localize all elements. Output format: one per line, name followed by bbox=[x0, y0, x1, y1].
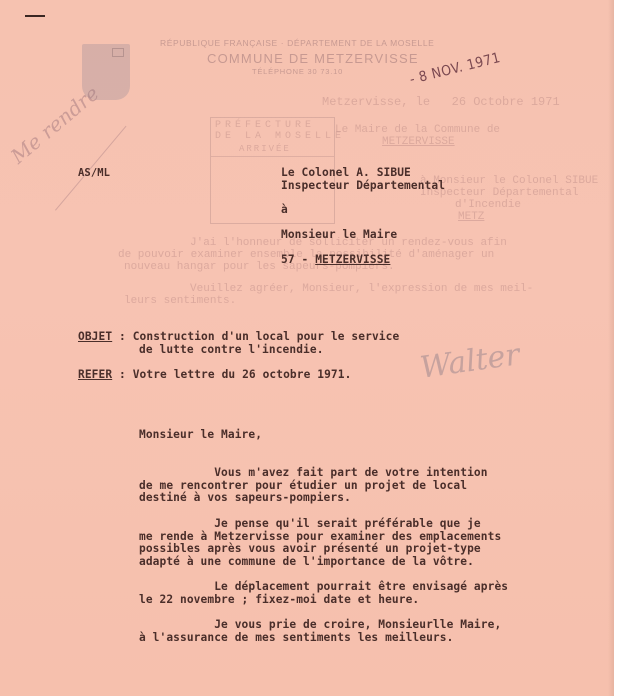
objet-label: OBJET bbox=[78, 330, 112, 343]
ghost-recipient4: METZ bbox=[458, 211, 484, 223]
ghost-recipient3: d'Incendie bbox=[455, 199, 521, 211]
letterhead-republic: RÉPUBLIQUE FRANÇAISE · DÉPARTEMENT DE LA… bbox=[160, 38, 434, 48]
ghost-date-line: Metzervisse, le 26 Octobre 1971 bbox=[322, 95, 560, 109]
body-line: Vous m'avez fait part de votre intention bbox=[139, 466, 488, 479]
ghost-addressee1: Le Maire de la Commune de bbox=[335, 124, 500, 136]
objet-text-2: de lutte contre l'incendie. bbox=[139, 343, 324, 356]
body-line: destiné à vos sapeurs-pompiers. bbox=[139, 491, 351, 504]
ghost-body5: leurs sentiments. bbox=[124, 295, 236, 307]
stamp-line2: DE LA MOSELLE bbox=[215, 131, 345, 142]
refer-line: REFER : Votre lettre du 26 octobre 1971. bbox=[78, 368, 351, 381]
handwritten-margin-note: Me rendre bbox=[6, 81, 104, 168]
refer-sep: : bbox=[112, 368, 133, 381]
objet-text-1: Construction d'un local pour le service bbox=[133, 330, 400, 343]
letterhead-commune: COMMUNE DE METZERVISSE bbox=[207, 51, 419, 66]
ghost-recipient1: à Monsieur le Colonel SIBUE bbox=[420, 175, 598, 187]
body-line: possibles après vous avoir présenté un p… bbox=[139, 542, 481, 555]
body-line: me rende à Metzervisse pour examiner des… bbox=[139, 530, 501, 543]
recipient-name: Monsieur le Maire bbox=[281, 228, 397, 241]
recipient-dept: 57 - bbox=[281, 253, 315, 266]
letter-page: RÉPUBLIQUE FRANÇAISE · DÉPARTEMENT DE LA… bbox=[0, 0, 614, 696]
ghost-addressee2: METZERVISSE bbox=[382, 136, 455, 148]
refer-label: REFER bbox=[78, 368, 112, 381]
body-line: le 22 novembre ; fixez-moi date et heure… bbox=[139, 593, 419, 606]
body-line: adapté à une commune de l'importance de … bbox=[139, 555, 474, 568]
ghost-body4: Veuillez agréer, Monsieur, l'expression … bbox=[190, 283, 533, 295]
body-line: Le déplacement pourrait être envisagé ap… bbox=[139, 580, 508, 593]
body-line: de me rencontrer pour étudier un projet … bbox=[139, 479, 467, 492]
to-label: à bbox=[281, 203, 288, 216]
recipient-town: METZERVISSE bbox=[315, 253, 390, 266]
handwritten-signature: Walter bbox=[418, 337, 522, 386]
salutation: Monsieur le Maire, bbox=[139, 428, 262, 441]
stamp-line1: PRÉFECTURE bbox=[215, 120, 315, 131]
sender-name: Le Colonel A. SIBUE bbox=[281, 166, 411, 179]
objet-line: OBJET : Construction d'un local pour le … bbox=[78, 330, 399, 343]
body-line: Je pense qu'il serait préférable que je bbox=[139, 517, 481, 530]
pen-mark bbox=[25, 15, 45, 17]
refer-text: Votre lettre du 26 octobre 1971. bbox=[133, 368, 352, 381]
recipient-address: 57 - METZERVISSE bbox=[281, 253, 390, 266]
body-line: à l'assurance de mes sentiments les meil… bbox=[139, 631, 453, 644]
letterhead-phone: TÉLÉPHONE 30 73.10 bbox=[252, 67, 343, 76]
received-date-stamp: - 8 NOV. 1971 bbox=[408, 50, 502, 88]
objet-sep: : bbox=[112, 330, 133, 343]
reference-code: AS/ML bbox=[78, 167, 110, 179]
stamp-line3: ARRIVÉE bbox=[239, 144, 291, 154]
body-line: Je vous prie de croire, Monsieurlle Mair… bbox=[139, 618, 501, 631]
stamp-divider bbox=[211, 156, 334, 157]
sender-title: Inspecteur Départemental bbox=[281, 179, 445, 192]
